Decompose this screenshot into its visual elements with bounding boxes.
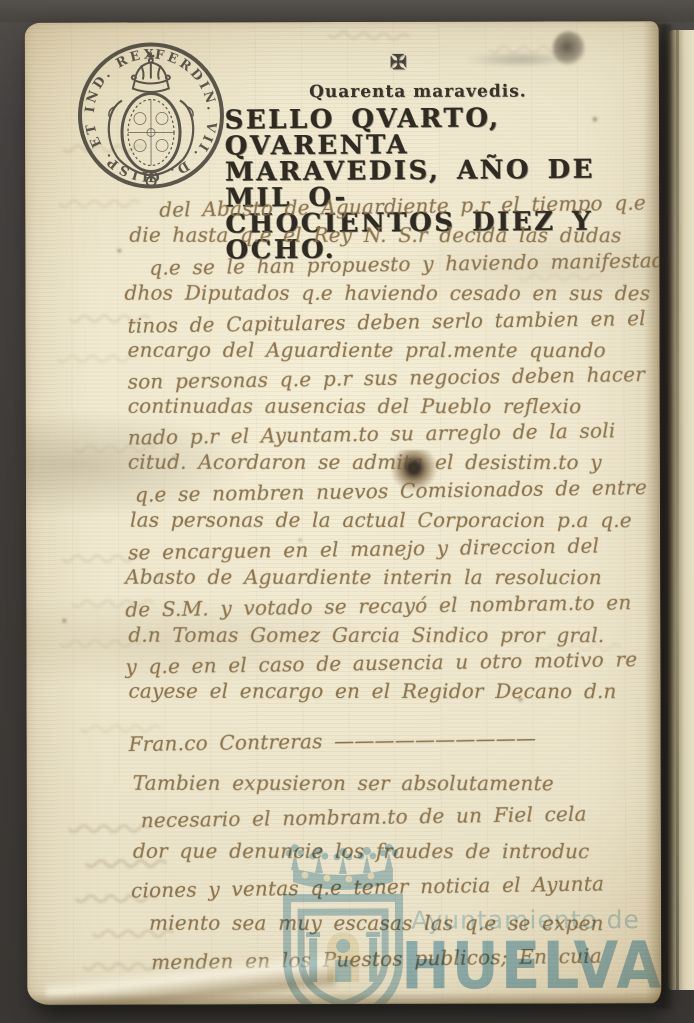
watermark-crown: [285, 844, 398, 890]
document-page: FERDIN. VII. D. G. HISP. ET IND. REX: [25, 21, 662, 1005]
photo-background: FERDIN. VII. D. G. HISP. ET IND. REX: [0, 0, 694, 1023]
page-right-edge-shadow: [643, 21, 662, 1003]
archive-watermark: Ayuntamiento de HUELVA: [25, 21, 662, 1005]
page-bottom-edge-shadow: [27, 991, 661, 1005]
huelva-crest-watermark: [275, 820, 412, 1005]
watermark-shield: [287, 898, 399, 1005]
